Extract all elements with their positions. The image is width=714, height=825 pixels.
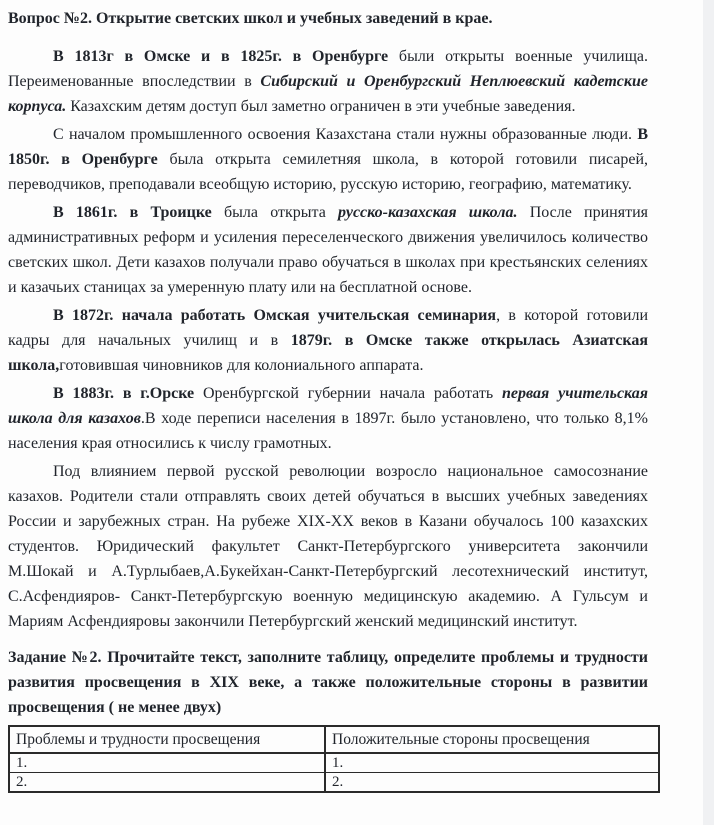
paragraph-military-schools: В 1813г в Омске и в 1825г. в Оренбурге б… <box>8 44 648 119</box>
paragraph-troitsk-school: В 1861г. в Троицке была открыта русско-к… <box>8 200 648 300</box>
table-cell-problems-1: 1. <box>9 753 325 773</box>
paragraph-omsk-seminary: В 1872г. начала работать Омская учительс… <box>8 303 648 378</box>
table-cell-positives-2: 2. <box>325 773 659 793</box>
table-cell-problems-2: 2. <box>9 773 325 793</box>
document-page: Вопрос №2. Открытие светских школ и учеб… <box>0 0 714 825</box>
table-header-positives: Положительные стороны просвещения <box>325 726 659 753</box>
text-run: С началом промышленного освоения Казахст… <box>53 126 637 143</box>
text-run: Казахским детям доступ был заметно огран… <box>66 98 575 115</box>
paragraph-orenburg-school: С началом промышленного освоения Казахст… <box>8 122 648 197</box>
document-content: Вопрос №2. Открытие светских школ и учеб… <box>8 6 648 793</box>
task-heading: Задание №2. Прочитайте текст, заполните … <box>8 645 648 720</box>
text-run-bold: В 1861г. в Троицке <box>53 204 224 221</box>
table-cell-positives-1: 1. <box>325 753 659 773</box>
fill-in-table: Проблемы и трудности просвещения Положит… <box>8 725 660 793</box>
question-heading: Вопрос №2. Открытие светских школ и учеб… <box>8 6 648 31</box>
text-run-bold: В 1883г. в г.Орске <box>53 385 203 402</box>
table-header-problems: Проблемы и трудности просвещения <box>9 726 325 753</box>
text-run: Оренбургской губернии начала работать <box>203 385 502 402</box>
right-gutter <box>703 0 714 825</box>
paragraph-orsk-school: В 1883г. в г.Орске Оренбургской губернии… <box>8 381 648 456</box>
text-run: готовившая чиновников для колониального … <box>59 357 423 374</box>
text-run-bold: В 1872г. начала работать Омская учительс… <box>53 307 496 324</box>
text-run: была открыта <box>224 204 338 221</box>
table-row: 2. 2. <box>9 773 659 793</box>
table-header-row: Проблемы и трудности просвещения Положит… <box>9 726 659 753</box>
text-run-bold: В 1813г в Омске и в 1825г. в Оренбурге <box>53 48 399 65</box>
paragraph-revolution-influence: Под влиянием первой русской революции во… <box>8 459 648 634</box>
table-row: 1. 1. <box>9 753 659 773</box>
text-run-bold-italic: русско-казахская школа. <box>338 204 530 221</box>
